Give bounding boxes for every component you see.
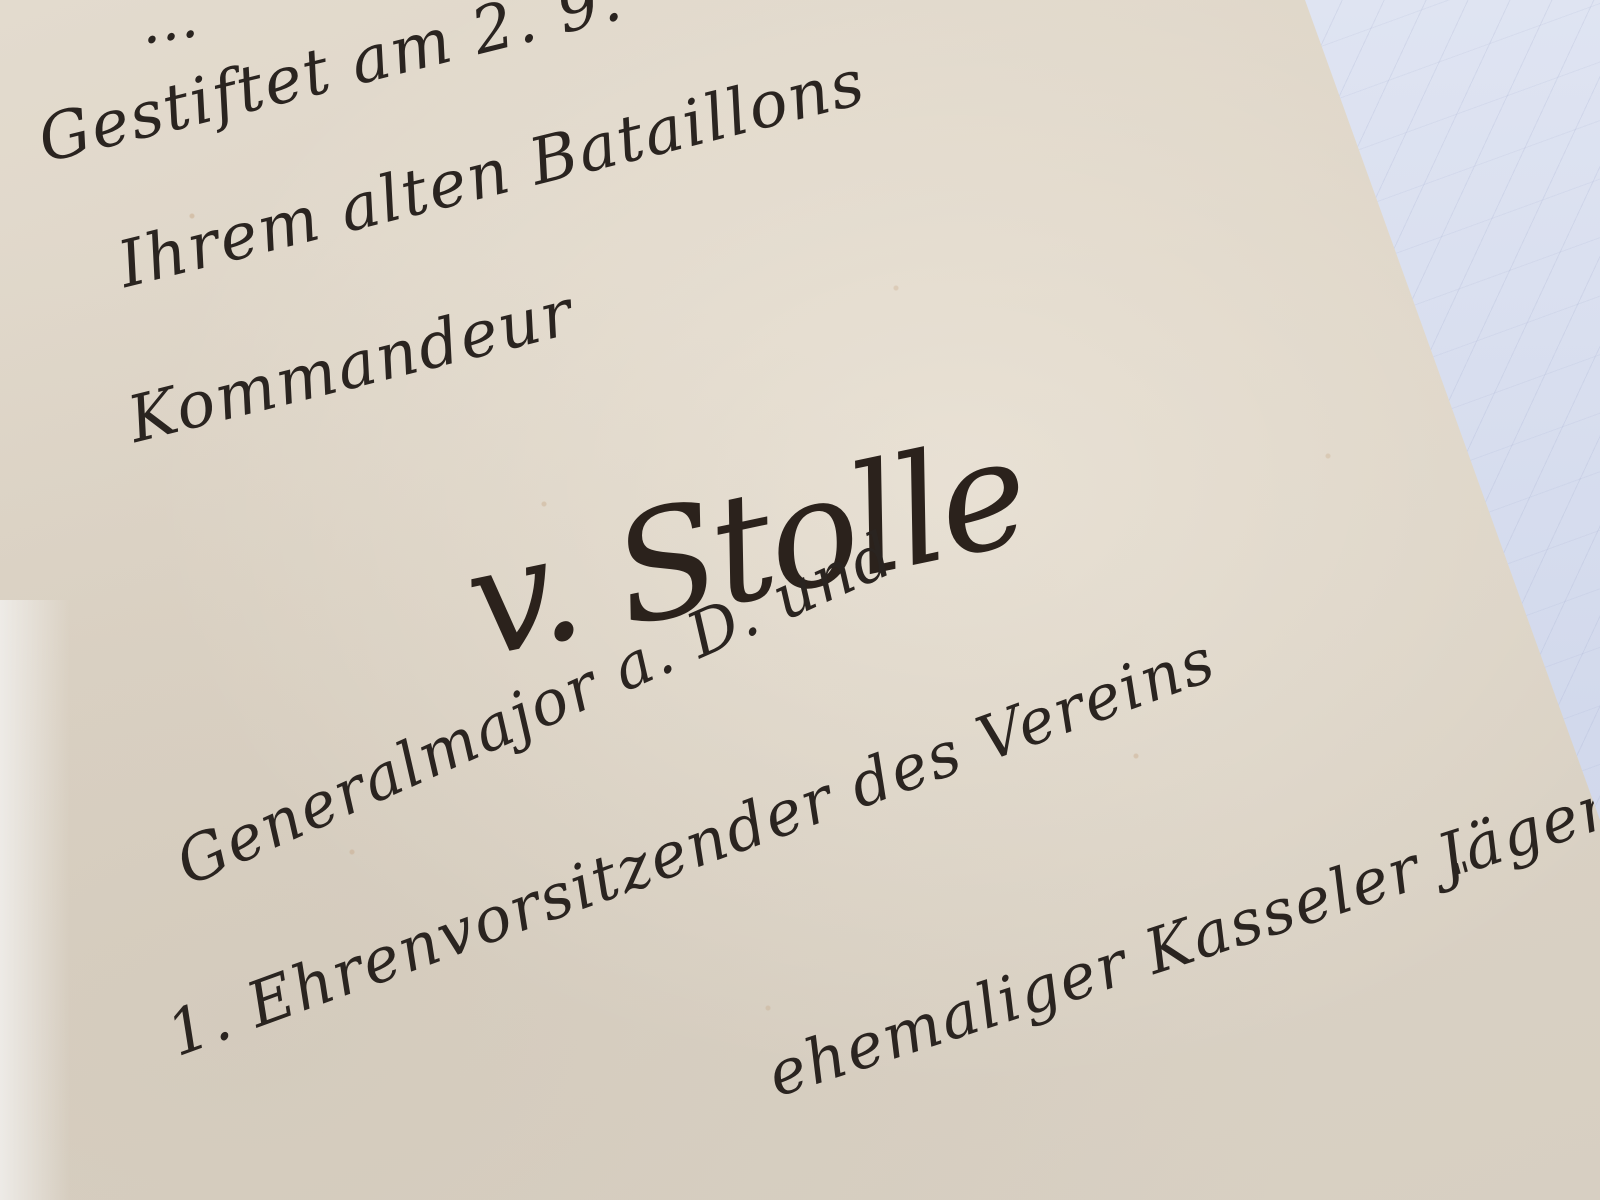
handwritten-line-kommandeur: Kommandeur: [121, 276, 581, 458]
page-edge-fold: [0, 600, 70, 1200]
document-page: … Gestiftet am 2. 9. Ihrem alten Bataill…: [0, 0, 1600, 1200]
handwritten-line-top-partial: …: [135, 0, 204, 58]
handwritten-line-kasseler-jaeger: ehemaliger Kasseler Jäger.: [759, 765, 1600, 1112]
